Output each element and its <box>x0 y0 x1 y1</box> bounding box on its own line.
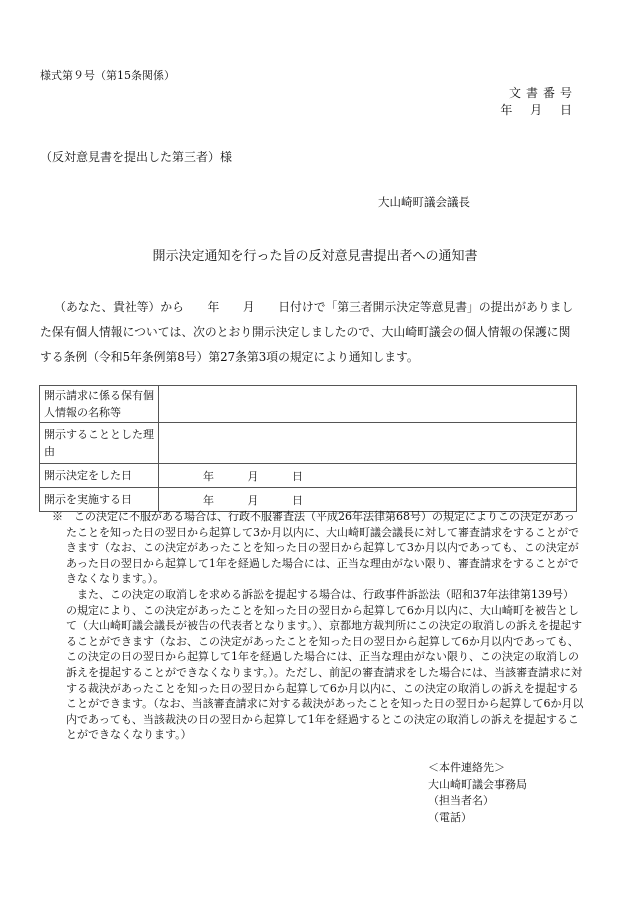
note-appeal: ※ この決定に不服がある場合は、行政不服審査法（平成26年法律第68号）の規定に… <box>52 509 584 587</box>
day-label: 日 <box>292 492 303 508</box>
table-row: 開示を実施する日 年 月 日 <box>40 488 577 512</box>
month-label: 月 <box>248 468 259 484</box>
row-label-info-name: 開示請求に係る保有個人情報の名称等 <box>40 386 159 423</box>
month-label: 月 <box>248 492 259 508</box>
notes-section: ※ この決定に不服がある場合は、行政不服審査法（平成26年法律第68号）の規定に… <box>52 509 584 743</box>
row-label-decision-date: 開示決定をした日 <box>40 464 159 488</box>
sender: 大山崎町議会議長 <box>378 194 470 210</box>
document-number-label: 文書番号 <box>509 84 577 101</box>
row-value-decision-date: 年 月 日 <box>159 464 577 488</box>
table-row: 開示することとした理由 <box>40 423 577 464</box>
year-label: 年 <box>203 468 214 484</box>
contact-block: ＜本件連絡先＞ 大山崎町議会事務局 （担当者名） （電話） <box>428 760 527 826</box>
disclosure-info-table: 開示請求に係る保有個人情報の名称等 開示することとした理由 開示決定をした日 年… <box>39 385 577 512</box>
body-paragraph: （あなた、貴社等）から 年 月 日付けで「第三者開示決定等意見書」の提出がありま… <box>40 295 580 370</box>
day-label: 日 <box>292 468 303 484</box>
document-date-label: 年 月 日 <box>500 101 577 118</box>
table-row: 開示決定をした日 年 月 日 <box>40 464 577 488</box>
contact-person: （担当者名） <box>428 793 527 810</box>
row-value-reason <box>159 423 577 464</box>
contact-heading: ＜本件連絡先＞ <box>428 760 527 777</box>
note-lawsuit: また、この決定の取消しを求める訴訟を提起する場合は、行政事件訴訟法（昭和37年法… <box>52 587 584 743</box>
body-text: （あなた、貴社等）から 年 月 日付けで「第三者開示決定等意見書」の提出がありま… <box>40 295 580 370</box>
document-title: 開示決定通知を行った旨の反対意見書提出者への通知書 <box>0 245 630 264</box>
form-number: 様式第９号（第15条関係） <box>40 67 175 83</box>
contact-office: 大山崎町議会事務局 <box>428 777 527 794</box>
year-label: 年 <box>203 492 214 508</box>
row-label-implementation-date: 開示を実施する日 <box>40 488 159 512</box>
row-label-reason: 開示することとした理由 <box>40 423 159 464</box>
row-value-info-name <box>159 386 577 423</box>
row-value-implementation-date: 年 月 日 <box>159 488 577 512</box>
contact-phone: （電話） <box>428 810 527 827</box>
addressee: （反対意見書を提出した第三者）様 <box>40 148 232 165</box>
table-row: 開示請求に係る保有個人情報の名称等 <box>40 386 577 423</box>
